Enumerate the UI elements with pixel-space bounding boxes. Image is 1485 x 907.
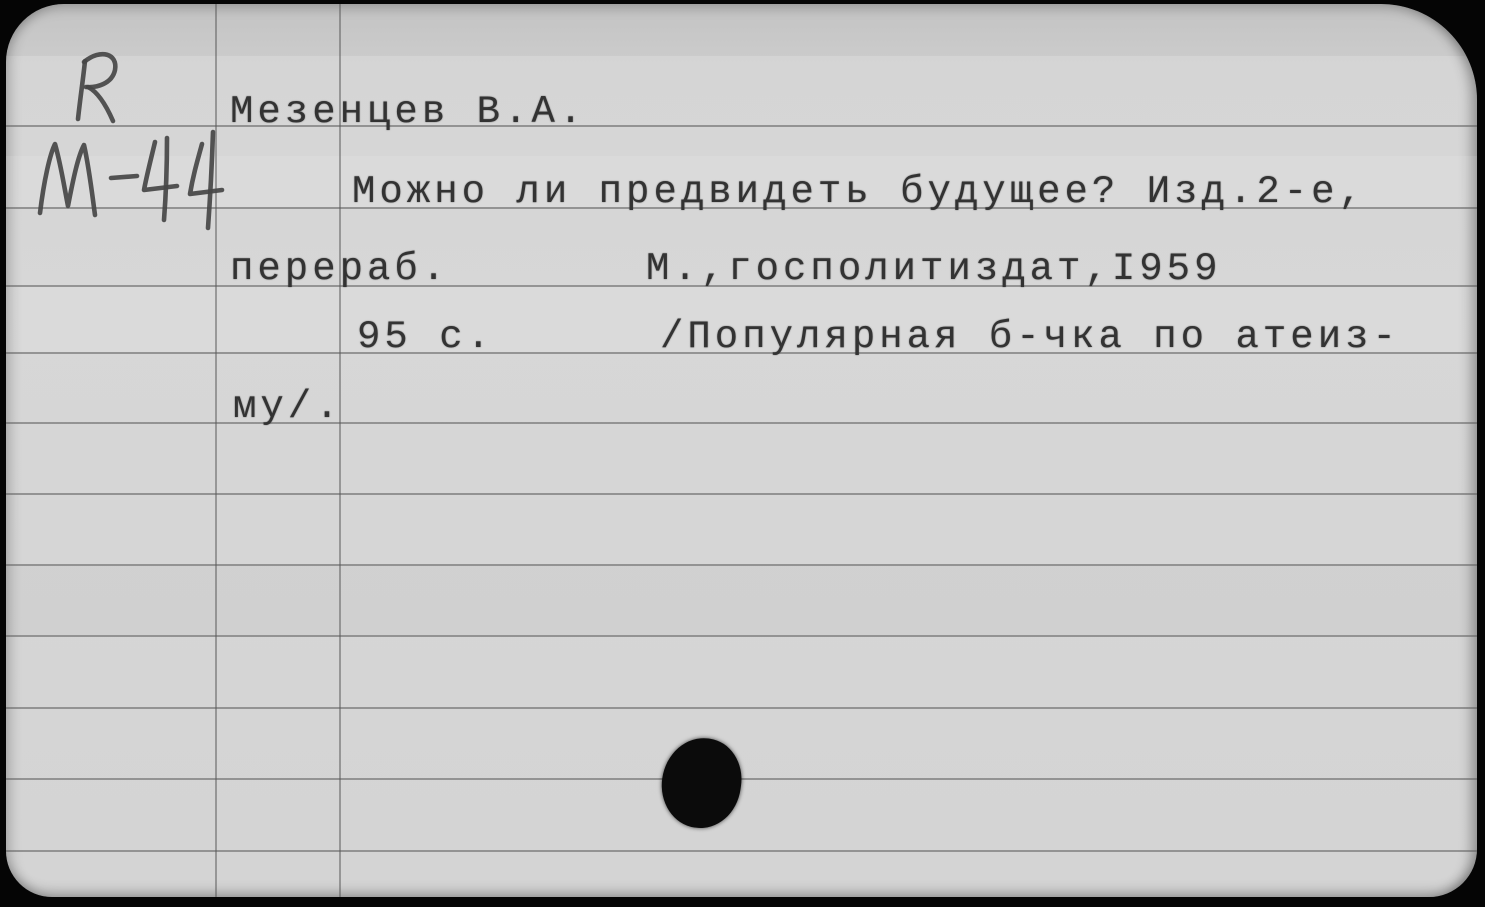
ruled-line xyxy=(6,850,1477,852)
ruled-line xyxy=(6,564,1477,566)
scan-band xyxy=(6,566,1477,635)
pagination-statement: 95 с. xyxy=(357,315,494,359)
edition-statement: перераб. xyxy=(230,247,449,291)
catalog-card: Мезенцев В.А. Можно ли предвидеть будуще… xyxy=(6,4,1477,897)
punch-hole xyxy=(656,733,747,833)
series-statement-continuation: му/. xyxy=(233,385,343,429)
call-number-letter: R xyxy=(6,4,7,5)
scan-background: { "document_type": "library-catalog-card… xyxy=(0,0,1485,907)
call-number-cutter-glyph xyxy=(40,132,222,228)
call-number-cutter: М-44 xyxy=(6,4,7,5)
author-line: Мезенцев В.А. xyxy=(230,90,586,134)
column-rule-left xyxy=(215,4,217,897)
ruled-line xyxy=(6,707,1477,709)
scan-band xyxy=(6,4,1477,56)
ruled-line xyxy=(6,493,1477,495)
call-number-handwriting xyxy=(6,4,1477,897)
series-statement: /Популярная б-чка по атеиз- xyxy=(660,315,1400,359)
ruled-line xyxy=(6,635,1477,637)
ruled-line xyxy=(6,422,1477,424)
ruled-line xyxy=(6,125,1477,127)
column-rule-right xyxy=(339,4,341,897)
call-number-letter-glyph xyxy=(78,54,115,121)
imprint-statement: М.,госполитиздат,I959 xyxy=(646,247,1221,291)
title-line: Можно ли предвидеть будущее? Изд.2-е, xyxy=(352,170,1366,214)
